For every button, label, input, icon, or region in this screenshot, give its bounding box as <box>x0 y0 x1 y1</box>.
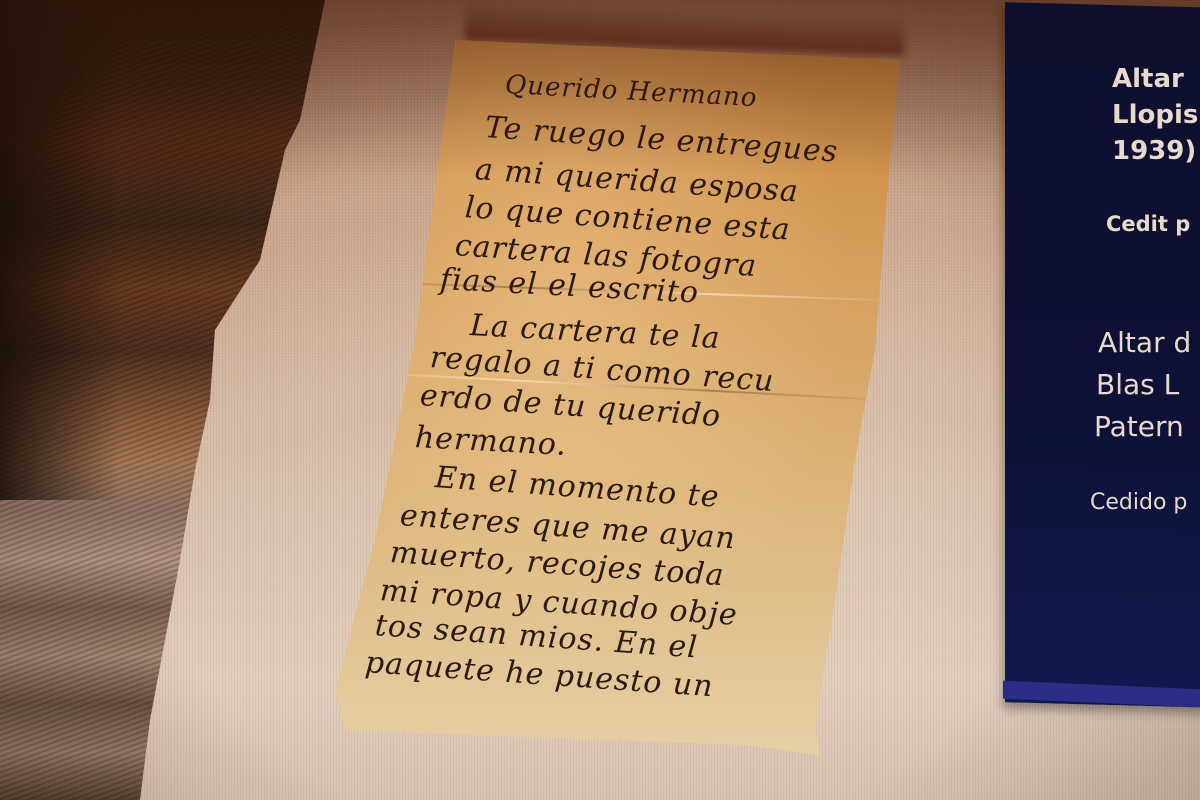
label-title-es-line-1: Altar d <box>1098 326 1191 359</box>
letter-line: hermano. <box>414 420 568 463</box>
label-title-es-line-2: Blas L <box>1096 368 1179 401</box>
label-credit-ca: Cedit p <box>1106 212 1190 236</box>
label-credit-es: Cedido p <box>1090 490 1187 515</box>
exhibit-label-text: Altar Llopis 1939) Cedit p Altar d Blas … <box>1080 0 1200 800</box>
label-title-ca-line-3: 1939) <box>1112 136 1196 166</box>
label-title-ca-line-2: Llopis <box>1112 100 1198 130</box>
textile-shadow <box>0 0 120 500</box>
label-title-es-line-3: Patern <box>1094 410 1184 443</box>
label-title-ca-line-1: Altar <box>1112 64 1184 94</box>
letter-line: Querido Hermano <box>504 70 758 113</box>
